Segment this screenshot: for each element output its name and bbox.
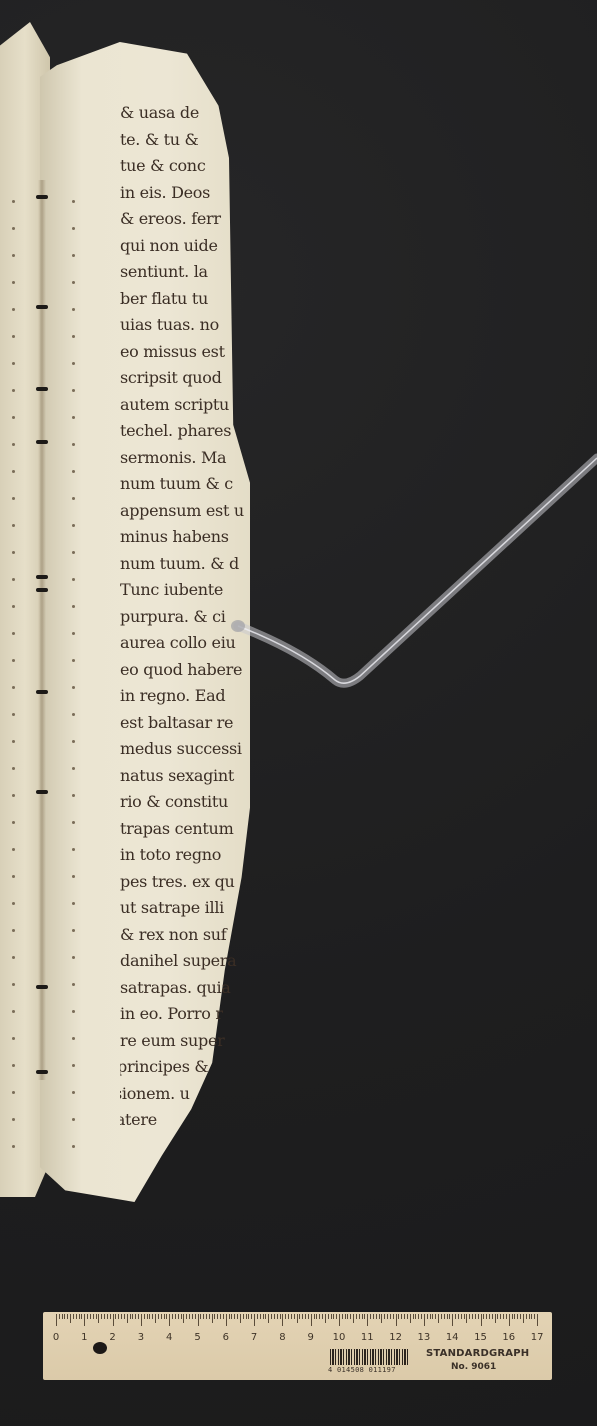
- ruler-tick: [64, 1314, 65, 1319]
- ruler-tick: [229, 1314, 230, 1319]
- ruler-tick: [472, 1314, 473, 1319]
- ruler-tick: [314, 1314, 315, 1319]
- ruler-label: 10: [333, 1332, 346, 1343]
- ruler-tick: [430, 1314, 431, 1319]
- ruler-tick: [118, 1314, 119, 1319]
- ruler-tick: [356, 1314, 357, 1319]
- ruler-tick: [183, 1314, 184, 1323]
- ruler-tick: [277, 1314, 278, 1319]
- ruler-tick: [280, 1314, 281, 1319]
- ruler-tick: [452, 1314, 453, 1326]
- ruler-tick: [135, 1314, 136, 1319]
- ruler-label: 6: [223, 1332, 229, 1343]
- ruler-tick: [345, 1314, 346, 1319]
- ruler-tick: [195, 1314, 196, 1319]
- ruler-tick: [124, 1314, 125, 1319]
- ruler-tick: [203, 1314, 204, 1319]
- ruler-tick: [523, 1314, 524, 1323]
- glass-rod: [0, 0, 597, 1426]
- ruler-tick: [495, 1314, 496, 1323]
- ruler-label: 0: [53, 1332, 59, 1343]
- ruler-tick: [333, 1314, 334, 1319]
- ruler-tick: [178, 1314, 179, 1319]
- ruler-tick: [115, 1314, 116, 1319]
- ruler-tick: [198, 1314, 199, 1326]
- ruler-tick: [104, 1314, 105, 1319]
- ruler-tick: [206, 1314, 207, 1319]
- ruler-tick: [155, 1314, 156, 1323]
- ruler-label: 16: [502, 1332, 515, 1343]
- ruler-label: 17: [531, 1332, 544, 1343]
- ruler-label: 8: [279, 1332, 285, 1343]
- ruler-tick: [404, 1314, 405, 1319]
- ruler-tick: [240, 1314, 241, 1323]
- ruler-tick: [302, 1314, 303, 1319]
- ruler-tick: [503, 1314, 504, 1319]
- ruler-tick: [387, 1314, 388, 1319]
- ruler-label: 5: [194, 1332, 200, 1343]
- ruler-tick: [517, 1314, 518, 1319]
- ruler-tick: [93, 1314, 94, 1319]
- ruler-tick: [379, 1314, 380, 1319]
- ruler-tick: [458, 1314, 459, 1319]
- ruler-tick: [444, 1314, 445, 1319]
- ruler-tick: [506, 1314, 507, 1319]
- measurement-ruler: 01234567891011121314151617 4 014508 0111…: [43, 1312, 552, 1380]
- ruler-tick: [384, 1314, 385, 1319]
- ruler-tick: [413, 1314, 414, 1319]
- ruler-tick: [364, 1314, 365, 1319]
- ruler-tick: [127, 1314, 128, 1323]
- ruler-tick: [534, 1314, 535, 1319]
- ruler-tick: [381, 1314, 382, 1323]
- ruler-tick: [237, 1314, 238, 1319]
- ruler-tick: [73, 1314, 74, 1319]
- ruler-tick: [113, 1314, 114, 1326]
- ruler-tick: [62, 1314, 63, 1319]
- ruler-tick: [243, 1314, 244, 1319]
- ruler-label: 4: [166, 1332, 172, 1343]
- ruler-tick: [141, 1314, 142, 1326]
- ruler-tick: [257, 1314, 258, 1319]
- ruler-tick: [98, 1314, 99, 1323]
- barcode: [330, 1349, 410, 1365]
- ruler-tick: [138, 1314, 139, 1319]
- ruler-tick: [367, 1314, 368, 1326]
- ruler-tick: [260, 1314, 261, 1319]
- ruler-tick: [223, 1314, 224, 1319]
- ruler-tick: [331, 1314, 332, 1319]
- ruler-tick: [172, 1314, 173, 1319]
- ruler-tick: [421, 1314, 422, 1319]
- ruler-tick: [500, 1314, 501, 1319]
- ruler-tick: [226, 1314, 227, 1326]
- ruler-tick: [466, 1314, 467, 1323]
- ruler-tick: [169, 1314, 170, 1326]
- ruler-tick: [418, 1314, 419, 1319]
- ruler-tick: [288, 1314, 289, 1319]
- ruler-tick: [427, 1314, 428, 1319]
- ruler-tick: [308, 1314, 309, 1319]
- ruler-tick: [529, 1314, 530, 1319]
- ruler-tick: [520, 1314, 521, 1319]
- ruler-tick: [263, 1314, 264, 1319]
- ruler-tick: [401, 1314, 402, 1319]
- ruler-tick: [373, 1314, 374, 1319]
- ruler-tick: [181, 1314, 182, 1319]
- ruler-tick: [322, 1314, 323, 1319]
- ruler-tick: [175, 1314, 176, 1319]
- ruler-tick: [164, 1314, 165, 1319]
- ruler-tick: [415, 1314, 416, 1319]
- ruler-tick: [447, 1314, 448, 1319]
- ruler-tick: [475, 1314, 476, 1319]
- ruler-tick: [220, 1314, 221, 1319]
- ruler-label: 14: [446, 1332, 459, 1343]
- ruler-tick: [161, 1314, 162, 1319]
- ruler-tick: [390, 1314, 391, 1319]
- ruler-label: 2: [109, 1332, 115, 1343]
- ruler-tick: [325, 1314, 326, 1323]
- ruler-tick: [393, 1314, 394, 1319]
- ruler-tick: [231, 1314, 232, 1319]
- ruler-tick: [234, 1314, 235, 1319]
- ruler-tick: [509, 1314, 510, 1326]
- ruler-tick: [282, 1314, 283, 1326]
- ruler-tick: [246, 1314, 247, 1319]
- ruler-tick: [152, 1314, 153, 1319]
- ruler-tick: [497, 1314, 498, 1319]
- ruler-tick: [209, 1314, 210, 1319]
- ruler-tick: [189, 1314, 190, 1319]
- ruler-tick: [359, 1314, 360, 1319]
- ruler-tick: [268, 1314, 269, 1323]
- ruler-tick: [251, 1314, 252, 1319]
- ruler-tick: [265, 1314, 266, 1319]
- ruler-tick: [376, 1314, 377, 1319]
- ruler-label: 3: [138, 1332, 144, 1343]
- ruler-tick: [526, 1314, 527, 1319]
- ruler-tick: [166, 1314, 167, 1319]
- ruler-tick: [486, 1314, 487, 1319]
- ruler-tick: [285, 1314, 286, 1319]
- ruler-tick: [297, 1314, 298, 1323]
- ruler-tick: [316, 1314, 317, 1319]
- ruler-tick: [299, 1314, 300, 1319]
- ruler-tick: [200, 1314, 201, 1319]
- ruler-tick: [478, 1314, 479, 1319]
- ruler-tick: [362, 1314, 363, 1319]
- ruler-tick: [149, 1314, 150, 1319]
- ruler-tick: [294, 1314, 295, 1319]
- ruler-tick: [147, 1314, 148, 1319]
- ruler-tick: [81, 1314, 82, 1319]
- ruler-label: 12: [389, 1332, 402, 1343]
- ruler-tick: [90, 1314, 91, 1319]
- ruler-brand: STANDARDGRAPH: [426, 1348, 529, 1359]
- ruler-tick: [449, 1314, 450, 1319]
- ruler-label: 7: [251, 1332, 257, 1343]
- ruler-label: 1: [81, 1332, 87, 1343]
- ruler-tick: [144, 1314, 145, 1319]
- ruler-tick: [489, 1314, 490, 1319]
- ruler-tick: [396, 1314, 397, 1326]
- ruler-tick: [531, 1314, 532, 1319]
- ruler-tick: [271, 1314, 272, 1319]
- ruler-tick: [291, 1314, 292, 1319]
- barcode-number: 4 014508 011197: [328, 1366, 396, 1374]
- ruler-tick: [186, 1314, 187, 1319]
- ruler-tick: [248, 1314, 249, 1319]
- ruler-tick: [107, 1314, 108, 1319]
- ruler-tick: [342, 1314, 343, 1319]
- ruler-tick: [305, 1314, 306, 1319]
- ruler-tick: [254, 1314, 255, 1326]
- ruler-tick: [132, 1314, 133, 1319]
- ruler-tick: [512, 1314, 513, 1319]
- ruler-tick: [274, 1314, 275, 1319]
- ruler-tick: [537, 1314, 538, 1326]
- ruler-tick: [424, 1314, 425, 1326]
- ruler-tick: [96, 1314, 97, 1319]
- ruler-tick: [110, 1314, 111, 1319]
- ruler-tick: [158, 1314, 159, 1319]
- ruler-label: 11: [361, 1332, 374, 1343]
- ruler-tick: [407, 1314, 408, 1319]
- ruler-tick: [59, 1314, 60, 1319]
- ruler-tick: [514, 1314, 515, 1319]
- ruler-tick: [56, 1314, 57, 1326]
- ruler-tick: [435, 1314, 436, 1319]
- ruler-tick: [398, 1314, 399, 1319]
- ruler-tick: [217, 1314, 218, 1319]
- ruler-tick: [464, 1314, 465, 1319]
- ruler-tick: [328, 1314, 329, 1319]
- ruler-tick: [67, 1314, 68, 1319]
- ruler-tick: [192, 1314, 193, 1319]
- ruler-label: 15: [474, 1332, 487, 1343]
- ruler-tick: [336, 1314, 337, 1319]
- ruler-tick: [461, 1314, 462, 1319]
- ruler-tick: [87, 1314, 88, 1319]
- ruler-tick: [353, 1314, 354, 1323]
- ruler-ticks: 01234567891011121314151617: [56, 1312, 540, 1334]
- ruler-tick: [469, 1314, 470, 1319]
- ruler-label: 13: [418, 1332, 431, 1343]
- ruler-tick: [121, 1314, 122, 1319]
- ruler-tick: [350, 1314, 351, 1319]
- ruler-tick: [70, 1314, 71, 1323]
- ruler-tick: [79, 1314, 80, 1319]
- ruler-tick: [441, 1314, 442, 1319]
- ruler-tick: [481, 1314, 482, 1326]
- ruler-model: No. 9061: [451, 1362, 496, 1372]
- ruler-hanging-hole: [93, 1342, 107, 1354]
- ruler-tick: [212, 1314, 213, 1323]
- ruler-tick: [410, 1314, 411, 1323]
- ruler-tick: [101, 1314, 102, 1319]
- ruler-tick: [455, 1314, 456, 1319]
- ruler-tick: [483, 1314, 484, 1319]
- ruler-tick: [130, 1314, 131, 1319]
- ruler-tick: [492, 1314, 493, 1319]
- ruler-tick: [214, 1314, 215, 1319]
- ruler-tick: [76, 1314, 77, 1319]
- ruler-tick: [438, 1314, 439, 1323]
- ruler-tick: [432, 1314, 433, 1319]
- ruler-label: 9: [308, 1332, 314, 1343]
- ruler-tick: [370, 1314, 371, 1319]
- ruler-tick: [319, 1314, 320, 1319]
- ruler-tick: [339, 1314, 340, 1326]
- ruler-tick: [347, 1314, 348, 1319]
- ruler-tick: [311, 1314, 312, 1326]
- ruler-tick: [84, 1314, 85, 1326]
